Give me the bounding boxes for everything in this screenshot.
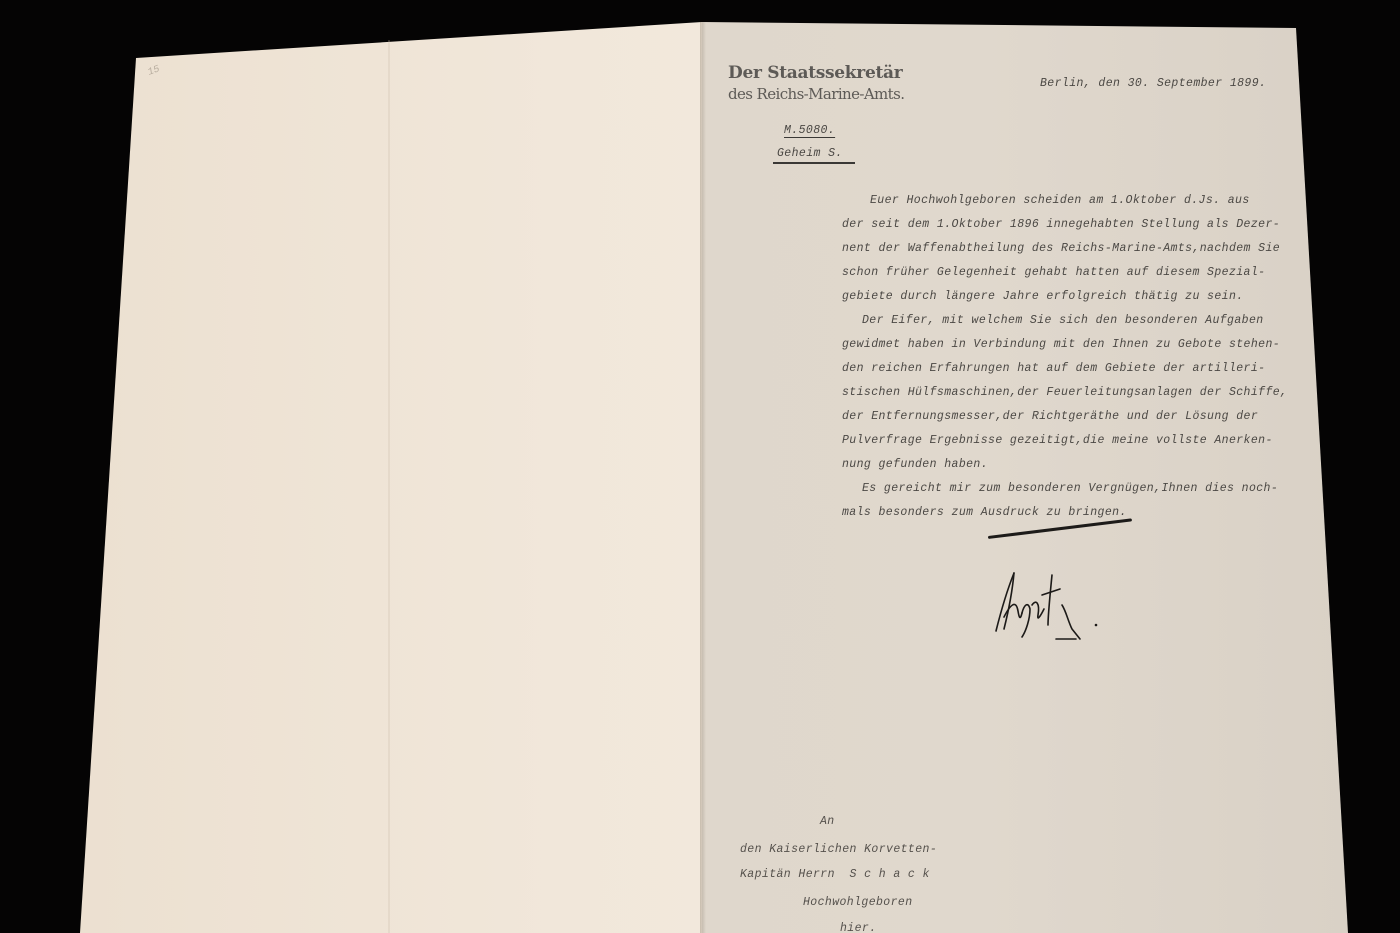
date-line: Berlin, den 30. September 1899. <box>1040 77 1266 90</box>
address-line: den Kaiserlichen Korvetten- <box>740 843 937 856</box>
address-line: Kapitän Herrn S c h a c k <box>740 868 930 881</box>
body-line: Es gereicht mir zum besonderen Vergnügen… <box>862 482 1278 495</box>
address-line: Hochwohlgeboren <box>803 896 913 909</box>
body-line: Der Eifer, mit welchem Sie sich den beso… <box>862 314 1264 327</box>
signature-dot <box>1095 624 1098 627</box>
body-line: nent der Waffenabtheilung des Reichs-Mar… <box>842 242 1280 255</box>
body-line: mals besonders zum Ausdruck zu bringen. <box>842 506 1127 519</box>
body-line: nung gefunden haben. <box>842 458 988 471</box>
page-fold <box>700 22 706 933</box>
classification-underline <box>773 162 855 164</box>
body-line: der Entfernungsmesser,der Richtgeräthe u… <box>842 410 1258 423</box>
body-line: gebiete durch längere Jahre erfolgreich … <box>842 290 1244 303</box>
address-line: hier. <box>840 922 877 933</box>
body-line: gewidmet haben in Verbindung mit den Ihn… <box>842 338 1280 351</box>
body-line: schon früher Gelegenheit gehabt hatten a… <box>842 266 1265 279</box>
letterhead-title: Der Staatssekretär <box>728 62 904 84</box>
letterhead-office: des Reichs-Marine-Amts. <box>728 84 904 104</box>
body-line: Euer Hochwohlgeboren scheiden am 1.Oktob… <box>870 194 1250 207</box>
left-page-crease <box>388 40 390 933</box>
reference-number: M.5080. <box>784 124 835 137</box>
body-line: stischen Hülfsmaschinen,der Feuerleitung… <box>842 386 1287 399</box>
address-line: An <box>820 815 835 828</box>
body-line: Pulverfrage Ergebnisse gezeitigt,die mei… <box>842 434 1273 447</box>
letterhead: Der Staatssekretär des Reichs-Marine-Amt… <box>728 62 904 104</box>
body-line: der seit dem 1.Oktober 1896 innegehabten… <box>842 218 1280 231</box>
classification: Geheim S. <box>777 147 843 160</box>
body-line: den reichen Erfahrungen hat auf dem Gebi… <box>842 362 1265 375</box>
signature-tirpitz <box>992 565 1102 645</box>
